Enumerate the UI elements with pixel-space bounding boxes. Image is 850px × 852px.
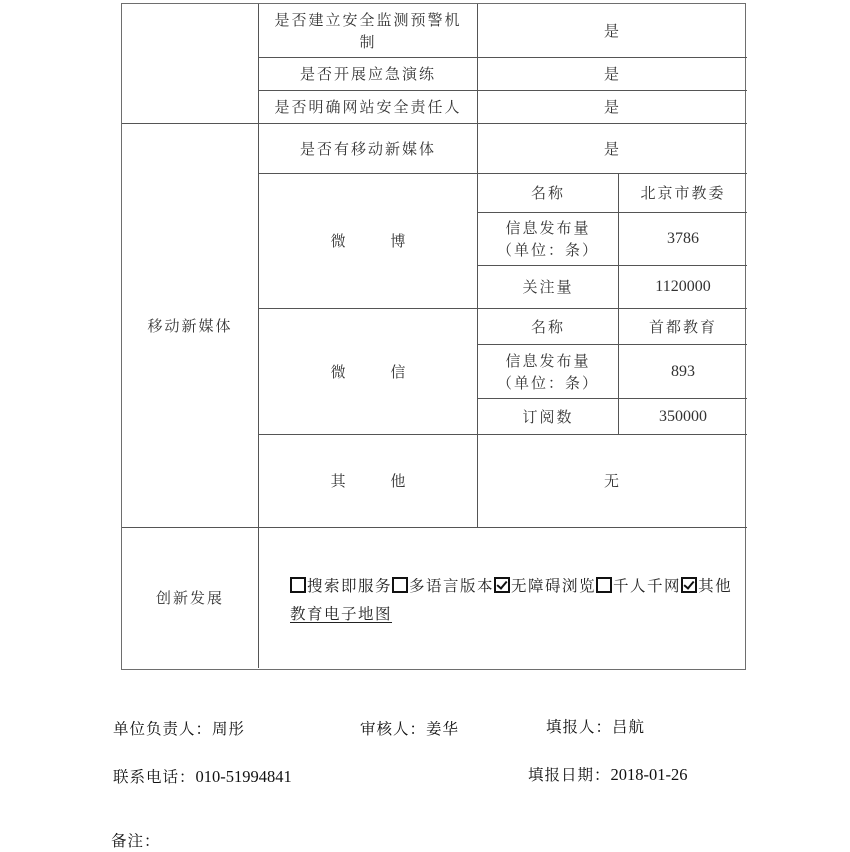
wechat-subscribers-label: 订阅数 bbox=[477, 398, 618, 434]
wechat-subscribers-value: 350000 bbox=[618, 398, 747, 434]
option-accessibility[interactable]: 无障碍浏览 bbox=[494, 577, 596, 595]
checkbox-unchecked-icon[interactable] bbox=[596, 577, 612, 593]
value-security-officer: 是 bbox=[477, 90, 747, 123]
security-category-cell bbox=[122, 4, 258, 122]
unit-head-field: 单位负责人：周彤 bbox=[113, 717, 245, 739]
label-has-mobile-media: 是否有移动新媒体 bbox=[258, 123, 477, 173]
weibo-followers-label: 关注量 bbox=[477, 265, 618, 308]
option-label: 其他 bbox=[698, 577, 732, 595]
reviewer-field: 审核人：姜华 bbox=[360, 717, 459, 739]
option-label: 搜索即服务 bbox=[307, 577, 392, 595]
other-media-label-cell: 其 他 bbox=[258, 434, 477, 527]
weibo-followers-value: 1120000 bbox=[618, 265, 747, 308]
weibo-posts-label: 信息发布量（单位：条） bbox=[477, 212, 618, 265]
weibo-name-value: 北京市教委 bbox=[618, 173, 747, 212]
option-other[interactable]: 其他 bbox=[681, 577, 732, 595]
weibo-label-cell: 微 博 bbox=[258, 173, 477, 308]
option-label: 千人千网 bbox=[613, 577, 681, 595]
report-table: 是否建立安全监测预警机制 是 是否开展应急演练 是 是否明确网站安全责任人 是 … bbox=[121, 3, 746, 670]
filler-label: 填报人： bbox=[546, 718, 612, 736]
unit-head-value: 周彤 bbox=[212, 720, 245, 738]
phone-label: 联系电话： bbox=[113, 768, 196, 786]
checkbox-checked-icon[interactable] bbox=[494, 577, 510, 593]
weibo-posts-value: 3786 bbox=[618, 212, 747, 265]
filler-field: 填报人：吕航 bbox=[546, 715, 645, 737]
weibo-name-label: 名称 bbox=[477, 173, 618, 212]
wechat-name-value: 首都教育 bbox=[618, 308, 747, 344]
phone-value: 010-51994841 bbox=[196, 767, 292, 786]
date-label: 填报日期： bbox=[528, 766, 611, 784]
label-security-officer: 是否明确网站安全责任人 bbox=[258, 90, 477, 123]
checkbox-checked-icon[interactable] bbox=[681, 577, 697, 593]
wechat-posts-label: 信息发布量（单位：条） bbox=[477, 344, 618, 398]
value-emergency-drill: 是 bbox=[477, 57, 747, 90]
phone-field: 联系电话：010-51994841 bbox=[113, 765, 292, 787]
other-media-value-cell: 无 bbox=[477, 434, 747, 527]
value-has-mobile-media: 是 bbox=[477, 123, 747, 173]
mobile-media-category-cell: 移动新媒体 bbox=[122, 123, 258, 527]
option-label: 无障碍浏览 bbox=[511, 577, 596, 595]
date-field: 填报日期：2018-01-26 bbox=[528, 763, 688, 785]
innovation-category-cell: 创新发展 bbox=[122, 527, 258, 668]
wechat-label-cell: 微 信 bbox=[258, 308, 477, 434]
checkbox-unchecked-icon[interactable] bbox=[392, 577, 408, 593]
notes-field: 备注： bbox=[111, 829, 161, 851]
label-security-monitoring: 是否建立安全监测预警机制 bbox=[258, 4, 477, 57]
notes-label: 备注： bbox=[111, 832, 161, 850]
reviewer-label: 审核人： bbox=[360, 720, 426, 738]
option-multilingual[interactable]: 多语言版本 bbox=[392, 577, 494, 595]
option-search-as-service[interactable]: 搜索即服务 bbox=[290, 577, 392, 595]
checkbox-unchecked-icon[interactable] bbox=[290, 577, 306, 593]
label-emergency-drill: 是否开展应急演练 bbox=[258, 57, 477, 90]
reviewer-value: 姜华 bbox=[426, 720, 459, 738]
filler-value: 吕航 bbox=[612, 718, 645, 736]
unit-head-label: 单位负责人： bbox=[113, 720, 212, 738]
value-security-monitoring: 是 bbox=[477, 4, 747, 57]
option-label: 多语言版本 bbox=[409, 577, 494, 595]
wechat-name-label: 名称 bbox=[477, 308, 618, 344]
option-personalized-web[interactable]: 千人千网 bbox=[596, 577, 681, 595]
innovation-options: 搜索即服务多语言版本无障碍浏览千人千网其他 教育电子地图 bbox=[290, 572, 740, 628]
other-innovation-text: 教育电子地图 bbox=[290, 600, 740, 628]
wechat-posts-value: 893 bbox=[618, 344, 747, 398]
date-value: 2018-01-26 bbox=[611, 765, 688, 784]
